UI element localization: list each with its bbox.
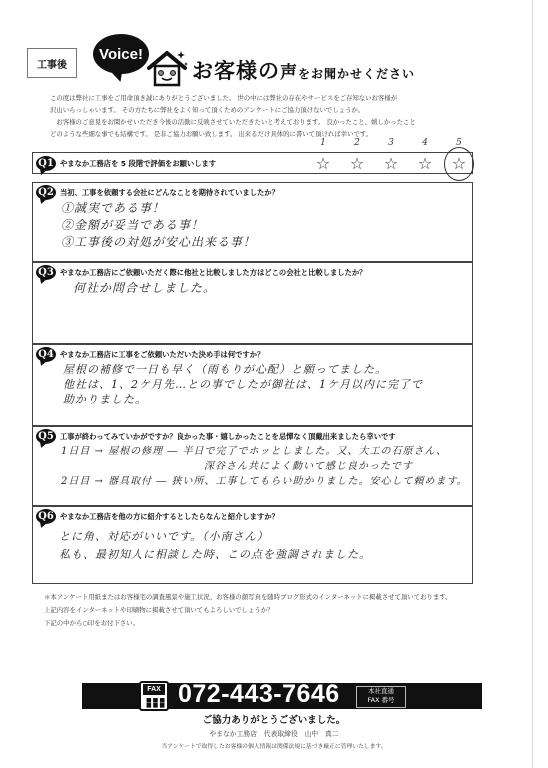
star-rating-1[interactable]: 1☆ (314, 154, 332, 173)
rating-number: 2 (348, 138, 366, 148)
rating-number: 3 (382, 138, 400, 148)
star-rating-4[interactable]: 4☆ (416, 154, 434, 173)
fax-keypad: ■■■■■■ (146, 698, 166, 708)
rating-stars: 1☆ 2☆ 3☆ 4☆ 5☆ (314, 153, 468, 173)
question-q1: Q1 やまなか工務店を 5 段階で評価をお願いします 1☆ 2☆ 3☆ 4☆ 5… (32, 152, 473, 174)
footnote-line: 上記内容をインターネットや印刷物に掲載させて頂いてもよろしいでしょうか？ (44, 604, 514, 617)
answer-line: 屋根の補修で一日も早く（雨もりが心配）と願ってました。 (63, 362, 472, 377)
q5-badge: Q5 (36, 429, 56, 444)
fax-label-line: 本社直通 (357, 687, 405, 696)
q3-text: やまなか工務店にご依頼いただく際に他社と比較しました方はどこの会社と比較しました… (60, 268, 366, 278)
answer-line: ③工事後の対処が安心出来る事！ (61, 234, 472, 251)
title-part-1: お客様の (192, 59, 280, 83)
thank-you-message: ご協力ありがとうございました。 (0, 712, 548, 726)
q6-answer: とに角、対応がいいです。（小南さん） 私も、最初知人に相談した時、この点を強調さ… (33, 524, 472, 564)
answer-line: 深谷さん共によく動いて感じ良かったです (61, 459, 472, 474)
intro-line: この度は弊社に工事をご用命頂き誠にありがとうございました。 世の中には弊社の存在… (50, 92, 520, 104)
answer-line: 助かりました。 (63, 392, 472, 407)
q4-text: やまなか工務店に工事をご依頼いただいた決め手は何ですか？ (60, 350, 264, 360)
company-representative: やまなか工務店 代表取締役 山中 真二 (0, 728, 548, 738)
star-icon: ☆ (452, 154, 466, 173)
answer-line: 私も、最初知人に相談した時、この点を強調されました。 (59, 546, 472, 564)
question-q2: Q2 当初、工事を依頼する会社にどんなことを期待されていましたか？ ①誠実である… (32, 182, 473, 262)
footnote-line: 下記の中から○印をお付下さい。 (44, 617, 514, 630)
answer-line: 何社か問合せしました。 (73, 280, 472, 297)
fax-machine-icon: FAX ■■■■■■ (139, 681, 169, 711)
answer-line: ①誠実である事！ (61, 200, 472, 217)
question-q4: Q4 やまなか工務店に工事をご依頼いただいた決め手は何ですか？ 屋根の補修で一日… (32, 344, 473, 426)
q2-badge: Q2 (36, 185, 56, 200)
q1-badge: Q1 (36, 156, 56, 171)
star-rating-2[interactable]: 2☆ (348, 154, 366, 173)
rating-number: 4 (416, 138, 434, 148)
star-icon: ☆ (418, 154, 432, 173)
page-edge (532, 0, 533, 768)
intro-line: 沢山いらっしゃいます。 その方たちに弊社をよく知って頂くためのアンケートにご協力… (50, 104, 520, 116)
page-title: お客様の声をお聞かせください (192, 55, 415, 85)
question-q6: Q6 やまなか工務店を他の方に紹介するとしたらなんと紹介しますか？ とに角、対応… (32, 506, 473, 584)
question-q5: Q5 工事が終わってみていかがですか？良かった事・嬉しかったことを忌憚なく頂戴出… (32, 426, 473, 506)
smiling-house-icon (145, 48, 189, 88)
footnote-line: ＊本アンケート用紙またはお客様宅の調査風景や施工状況、お客様の顔写真を随時ブログ… (44, 591, 514, 604)
answer-line: ②金額が妥当である事！ (61, 217, 472, 234)
q1-text: やまなか工務店を 5 段階で評価をお願いします (60, 159, 216, 169)
voice-speech-bubble: Voice! (93, 34, 149, 74)
q4-answer: 屋根の補修で一日も早く（雨もりが心配）と願ってました。 他社は、1、2ケ月先…と… (33, 362, 472, 407)
intro-line: お客様のご意見をお聞かせいただき今後の活動に反映させていただきたいと考えておりま… (50, 116, 520, 128)
q2-text: 当初、工事を依頼する会社にどんなことを期待されていましたか？ (60, 188, 279, 198)
answer-line: 1日目 → 屋根の修理 ― 半日で完了でホッとしました。又、大工の石原さん、 (61, 444, 472, 459)
intro-text: この度は弊社に工事をご用命頂き誠にありがとうございました。 世の中には弊社の存在… (50, 92, 520, 140)
fax-icon-label: FAX (143, 684, 165, 695)
star-icon: ☆ (350, 154, 364, 173)
title-part-2: 声 (280, 63, 298, 83)
q4-badge: Q4 (36, 347, 56, 362)
fax-number: 072-443-7646 (178, 680, 340, 709)
publication-consent-note: ＊本アンケート用紙またはお客様宅の調査風景や施工状況、お客様の顔写真を随時ブログ… (44, 591, 514, 630)
answer-line: 2日目 → 器具取付 ― 狭い所、工事してもらい助かりました。安心して頼めます。 (61, 474, 472, 489)
stage-label: 工事後 (27, 48, 77, 78)
q6-text: やまなか工務店を他の方に紹介するとしたらなんと紹介しますか？ (60, 512, 279, 522)
fax-label-line: FAX 番号 (357, 696, 405, 705)
q6-badge: Q6 (36, 509, 56, 524)
question-q3: Q3 やまなか工務店にご依頼いただく際に他社と比較しました方はどこの会社と比較し… (32, 262, 473, 344)
star-rating-5-selected[interactable]: 5☆ (450, 154, 468, 173)
rating-number: 5 (450, 138, 468, 148)
star-icon: ☆ (384, 154, 398, 173)
q3-answer: 何社か問合せしました。 (33, 280, 472, 297)
q2-answer: ①誠実である事！ ②金額が妥当である事！ ③工事後の対処が安心出来る事！ (33, 200, 472, 251)
rating-number: 1 (314, 138, 332, 148)
q5-answer: 1日目 → 屋根の修理 ― 半日で完了でホッとしました。又、大工の石原さん、 深… (33, 444, 472, 489)
privacy-notice: 当アンケートで取得したお客様の個人情報は関係法規に基づき厳正に管理いたします。 (0, 741, 548, 750)
answer-line: とに角、対応がいいです。（小南さん） (59, 528, 472, 546)
answer-line: 他社は、1、2ケ月先…との事でしたが御社は、1ケ月以内に完了で (63, 377, 472, 392)
star-rating-3[interactable]: 3☆ (382, 154, 400, 173)
q3-badge: Q3 (36, 265, 56, 280)
voice-label: Voice! (99, 46, 143, 63)
fax-number-label: 本社直通 FAX 番号 (356, 686, 406, 708)
q5-text: 工事が終わってみていかがですか？良かった事・嬉しかったことを忌憚なく頂戴出来まし… (60, 432, 396, 442)
star-icon: ☆ (316, 154, 330, 173)
title-part-3: をお聞かせください (298, 67, 415, 81)
